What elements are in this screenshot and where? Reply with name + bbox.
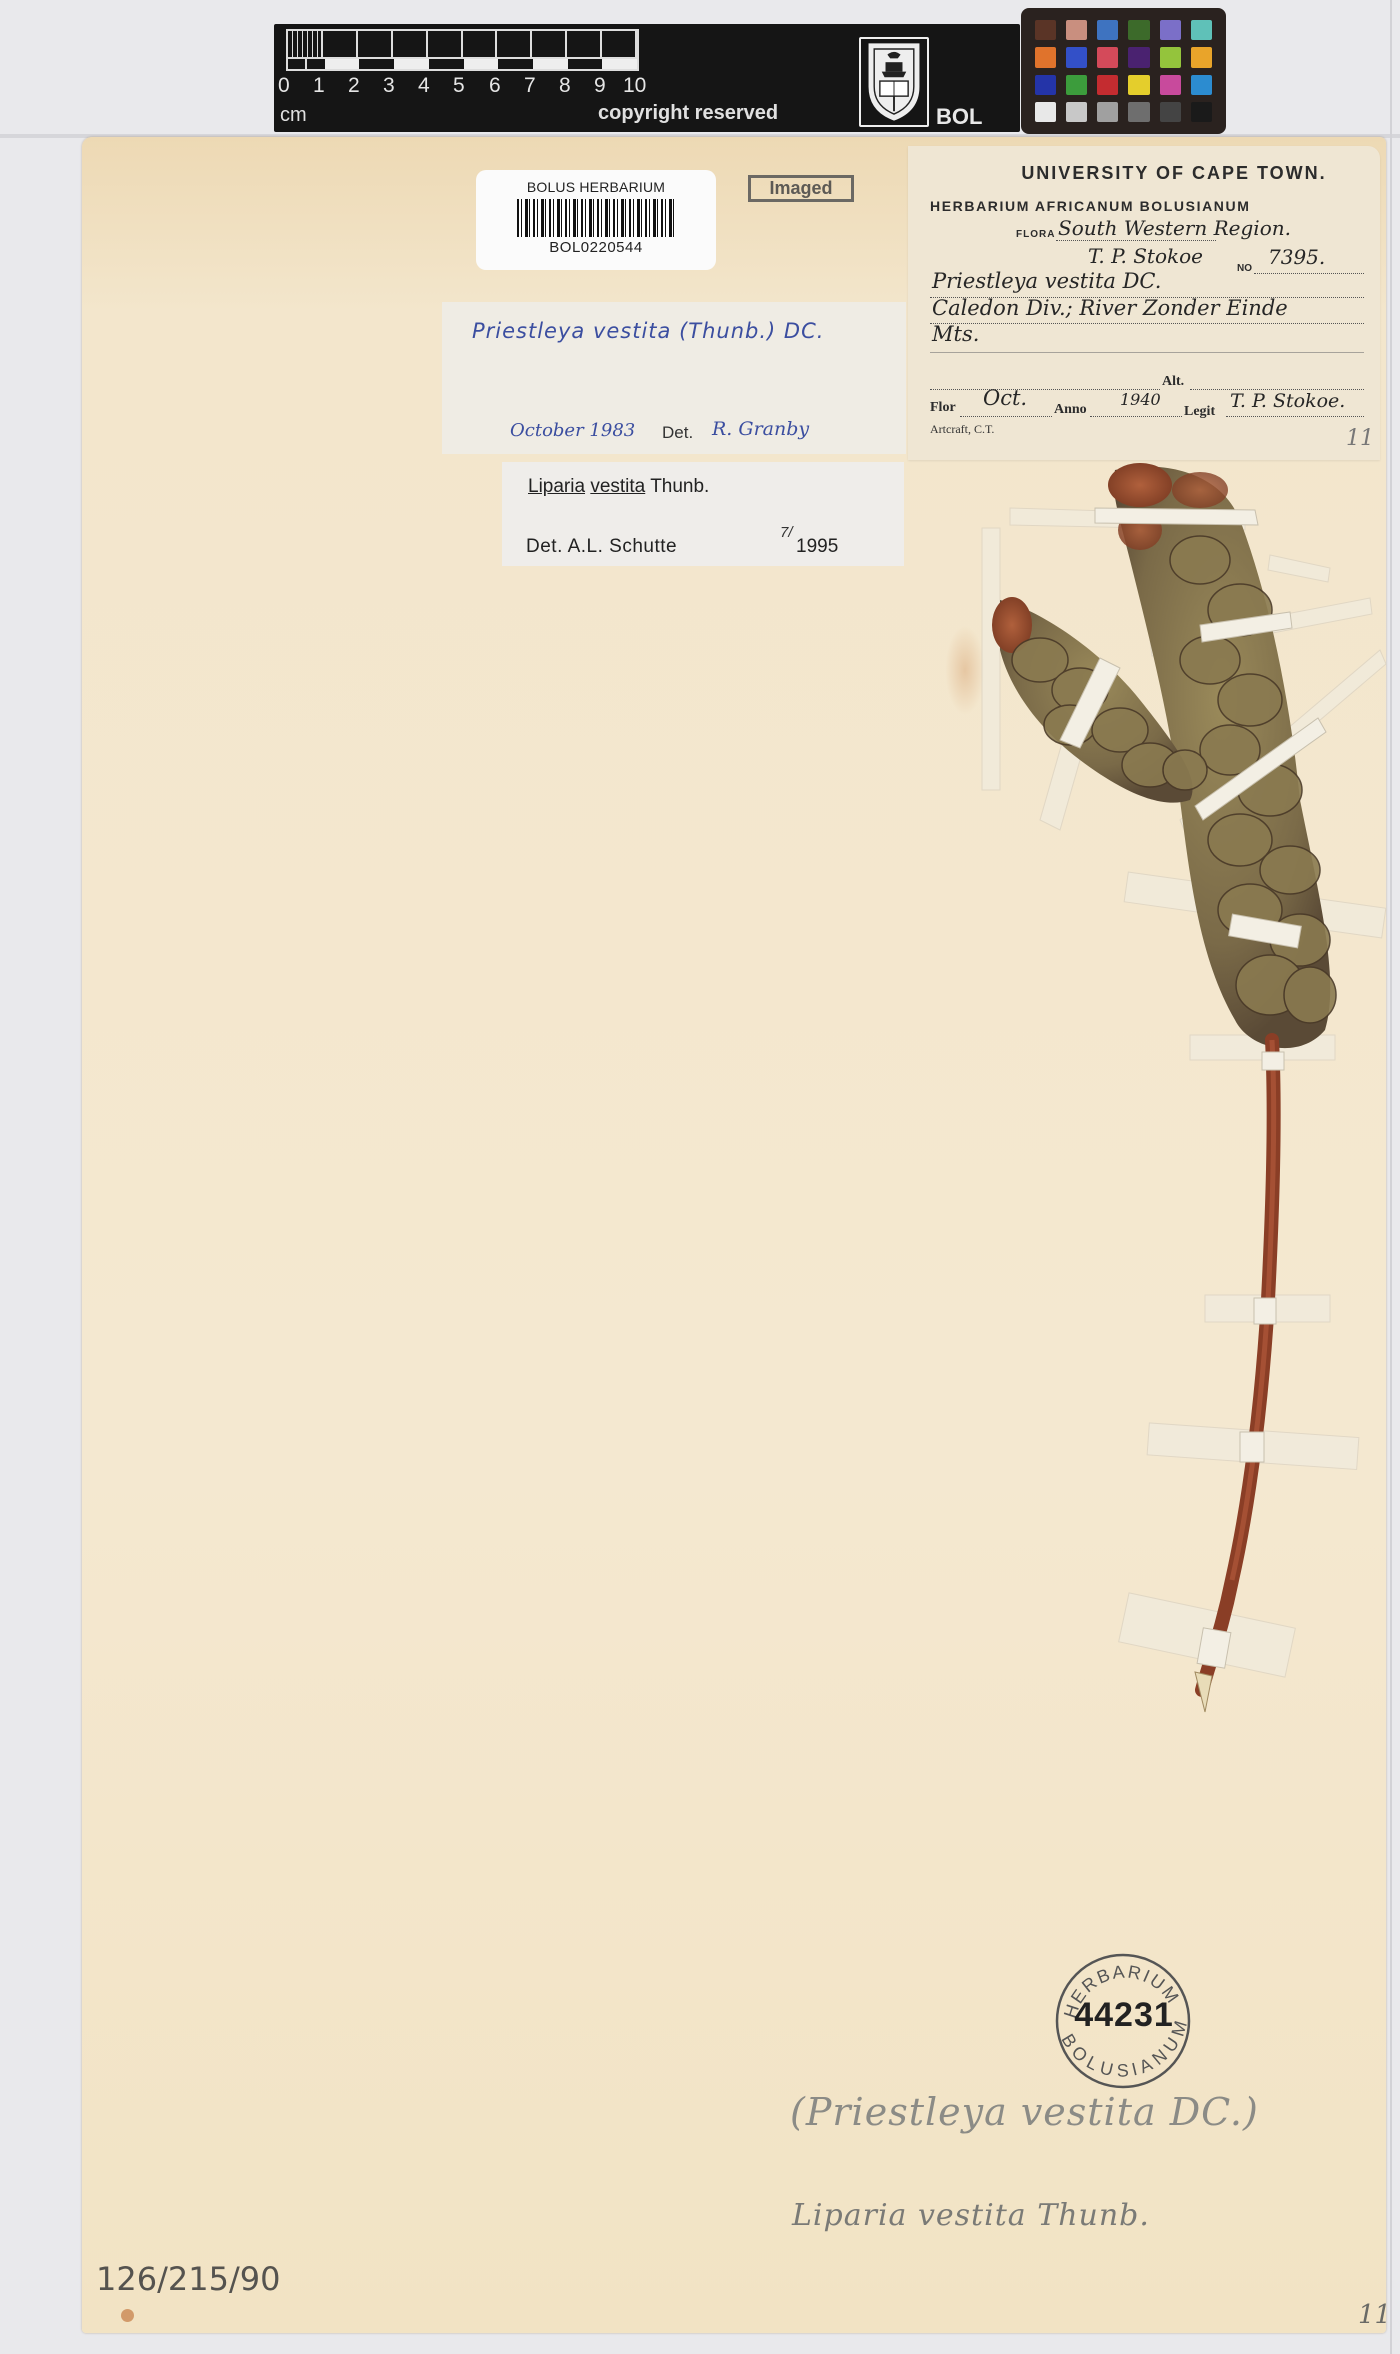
scale-unit: cm <box>280 104 307 127</box>
det-prefix: Det. <box>662 423 693 443</box>
author: Thunb. <box>650 476 709 497</box>
det-month: 7/ <box>780 524 793 541</box>
scale-number: 7 <box>524 74 536 98</box>
color-swatch <box>1066 20 1087 40</box>
barcode-title: BOLUS HERBARIUM <box>476 179 716 195</box>
collector-value: T. P. Stokoe. <box>1230 390 1345 412</box>
flowering-month: Oct. <box>983 386 1027 410</box>
genus: Liparia <box>528 476 585 497</box>
accession-number: 44231 <box>1064 1996 1184 2035</box>
barcode-icon <box>517 199 675 237</box>
color-checker <box>1021 8 1226 134</box>
pencil-measurement: 126/215/90 <box>96 2260 280 2298</box>
pencil-mark: 11 <box>1346 426 1374 451</box>
det-determiner: R. Granby <box>712 418 809 440</box>
scale-number: 1 <box>313 74 325 98</box>
species: vestita <box>590 476 645 497</box>
color-swatch <box>1128 47 1149 67</box>
locality-continued: Mts. <box>932 322 979 346</box>
color-swatch <box>1160 102 1181 122</box>
species-name: Priestleya vestita DC. <box>932 269 1161 293</box>
collection-year: 1940 <box>1120 390 1161 409</box>
color-swatch <box>1191 47 1212 67</box>
altitude-label: Alt. <box>1162 374 1184 390</box>
color-swatch <box>1128 75 1149 95</box>
color-swatch <box>1191 102 1212 122</box>
scale-number: 2 <box>348 74 360 98</box>
color-swatch <box>1097 20 1118 40</box>
scale-number: 5 <box>453 74 465 98</box>
color-swatch <box>1191 75 1212 95</box>
flowering-label: Flor <box>930 400 956 416</box>
barcode-number: BOL0220544 <box>476 239 716 256</box>
collector-name: T. P. Stokoe <box>1088 244 1203 268</box>
number-label: NO <box>1237 263 1252 274</box>
flora-label: FLORA <box>1016 229 1055 240</box>
scale-number: 10 <box>623 74 646 98</box>
color-swatch <box>1160 47 1181 67</box>
color-swatch <box>1066 75 1087 95</box>
scale-number: 9 <box>594 74 606 98</box>
color-swatch <box>1066 102 1087 122</box>
collector-label: Legit <box>1184 404 1215 420</box>
color-swatch <box>1160 20 1181 40</box>
determination-label-1983: Priestleya vestita (Thunb.) DC. October … <box>442 302 906 454</box>
det-name: Liparia vestita Thunb. <box>528 476 709 498</box>
determination-label-1995: Liparia vestita Thunb. Det. A.L. Schutte… <box>502 462 904 566</box>
scale-numbers: 0 1 2 3 4 5 6 7 8 9 10 <box>278 74 648 98</box>
det-name: Priestleya vestita (Thunb.) DC. <box>472 319 824 343</box>
color-swatch <box>1097 75 1118 95</box>
rust-spot <box>121 2309 134 2322</box>
color-swatch <box>1066 47 1087 67</box>
color-swatch <box>1035 75 1056 95</box>
collector-number: 7395. <box>1268 245 1325 269</box>
scale-ticks <box>286 29 639 74</box>
collection-label: UNIVERSITY OF CAPE TOWN. HERBARIUM AFRIC… <box>908 146 1380 460</box>
pencil-synonym-note: (Priestleya vestita DC.) <box>790 2090 1259 2134</box>
plant-specimen <box>940 450 1400 1730</box>
institution-code: BOL <box>936 104 982 130</box>
color-swatch <box>1160 75 1181 95</box>
year-label: Anno <box>1054 402 1087 418</box>
pencil-accepted-name: Liparia vestita Thunb. <box>792 2198 1150 2233</box>
imaged-stamp: Imaged <box>748 175 854 202</box>
barcode-label: BOLUS HERBARIUM BOL0220544 <box>476 170 716 270</box>
color-swatch <box>1035 102 1056 122</box>
scale-number: 0 <box>278 74 290 98</box>
label-subtitle: HERBARIUM AFRICANUM BOLUSIANUM <box>930 198 1250 214</box>
locality: Caledon Div.; River Zonder Einde <box>932 296 1288 320</box>
label-title: UNIVERSITY OF CAPE TOWN. <box>908 163 1380 184</box>
det-date: October 1983 <box>510 420 635 441</box>
det-year: 1995 <box>796 536 838 558</box>
copyright-notice: copyright reserved <box>598 102 778 125</box>
color-swatch <box>1191 20 1212 40</box>
scale-number: 6 <box>489 74 501 98</box>
scale-number: 4 <box>418 74 430 98</box>
det-determiner: Det. A.L. Schutte <box>526 536 677 558</box>
herbarium-stamp: HERBARIUM BOLUSIANUM 44231 <box>1052 1950 1194 2092</box>
color-swatch <box>1097 102 1118 122</box>
scale-bar: 0 1 2 3 4 5 6 7 8 9 10 cm copyright rese… <box>274 24 1020 132</box>
flora-value: South Western Region. <box>1058 216 1291 240</box>
color-swatch <box>1128 20 1149 40</box>
printer-credit: Artcraft, C.T. <box>930 422 994 437</box>
scale-number: 3 <box>383 74 395 98</box>
pencil-corner-mark: 11 <box>1358 2300 1391 2330</box>
university-crest-icon <box>859 37 929 127</box>
scale-number: 8 <box>559 74 571 98</box>
color-swatch <box>1097 47 1118 67</box>
color-swatch <box>1035 47 1056 67</box>
color-swatch <box>1128 102 1149 122</box>
color-swatch <box>1035 20 1056 40</box>
